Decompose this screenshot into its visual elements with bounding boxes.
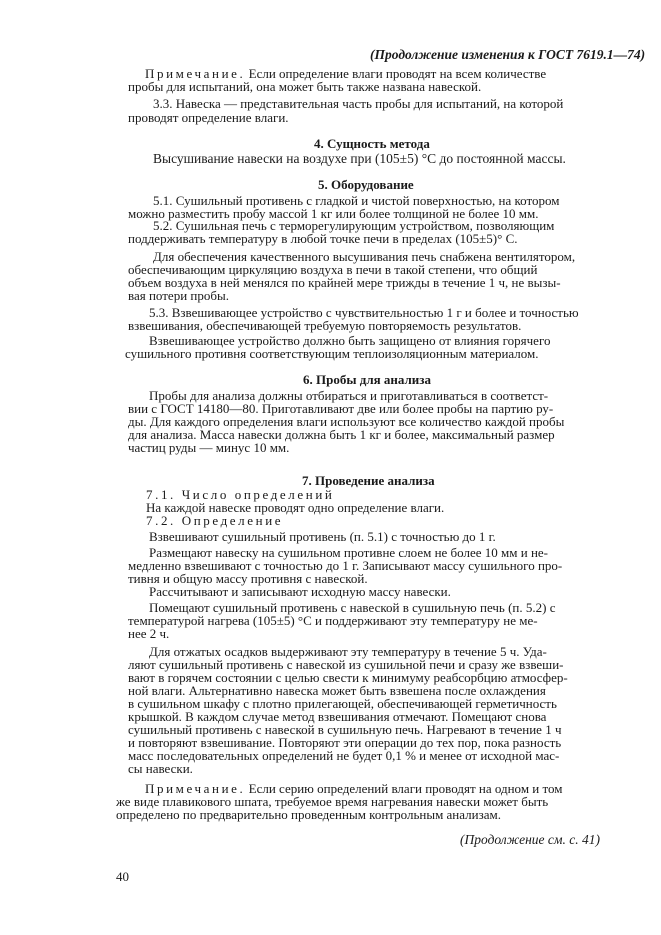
subsection-7-2-title: 7.2. Определение [146, 514, 283, 527]
section-4-title: 4. Сущность метода [314, 137, 430, 150]
section-5-line-10: взвешивания, обеспечивающей требуемую по… [128, 319, 521, 332]
page-number: 40 [116, 870, 129, 883]
continuation-header: (Продолжение изменения к ГОСТ 7619.1—74) [370, 48, 645, 61]
section-5-line-8: вая потери пробы. [128, 289, 229, 302]
section-7-line-5: Рассчитывают и записывают исходную массу… [149, 585, 451, 598]
clause-3-3-line-1: 3.3. Навеска — представительная часть пр… [153, 97, 563, 110]
section-7-line-8: нее 2 ч. [128, 627, 169, 640]
continuation-footer: (Продолжение см. с. 41) [460, 833, 600, 846]
section-5-title: 5. Оборудование [318, 178, 414, 191]
section-7-line-7: температурой нагрева (105±5) °С и поддер… [128, 614, 538, 627]
section-5-line-12: сушильного противня соответствующим тепл… [125, 347, 539, 360]
clause-3-3-line-2: проводят определение влаги. [128, 111, 289, 124]
document-page: (Продолжение изменения к ГОСТ 7619.1—74)… [0, 0, 661, 935]
section-6-title: 6. Пробы для анализа [303, 373, 431, 386]
section-7-title: 7. Проведение анализа [302, 474, 435, 487]
note2-line-3: определено по предварительно проведенным… [116, 808, 501, 821]
section-5-line-4: поддерживать температуру в любой точке п… [128, 232, 518, 245]
section-6-line-5: частиц руды — минус 10 мм. [128, 441, 289, 454]
note1-line-2: пробы для испытаний, она может быть такж… [128, 80, 481, 93]
section-7-line-1: Взвешивают сушильный противень (п. 5.1) … [149, 530, 496, 543]
section-4-text: Высушивание навески на воздухе при (105±… [153, 152, 566, 165]
section-7-line-18: сы навески. [128, 762, 193, 775]
